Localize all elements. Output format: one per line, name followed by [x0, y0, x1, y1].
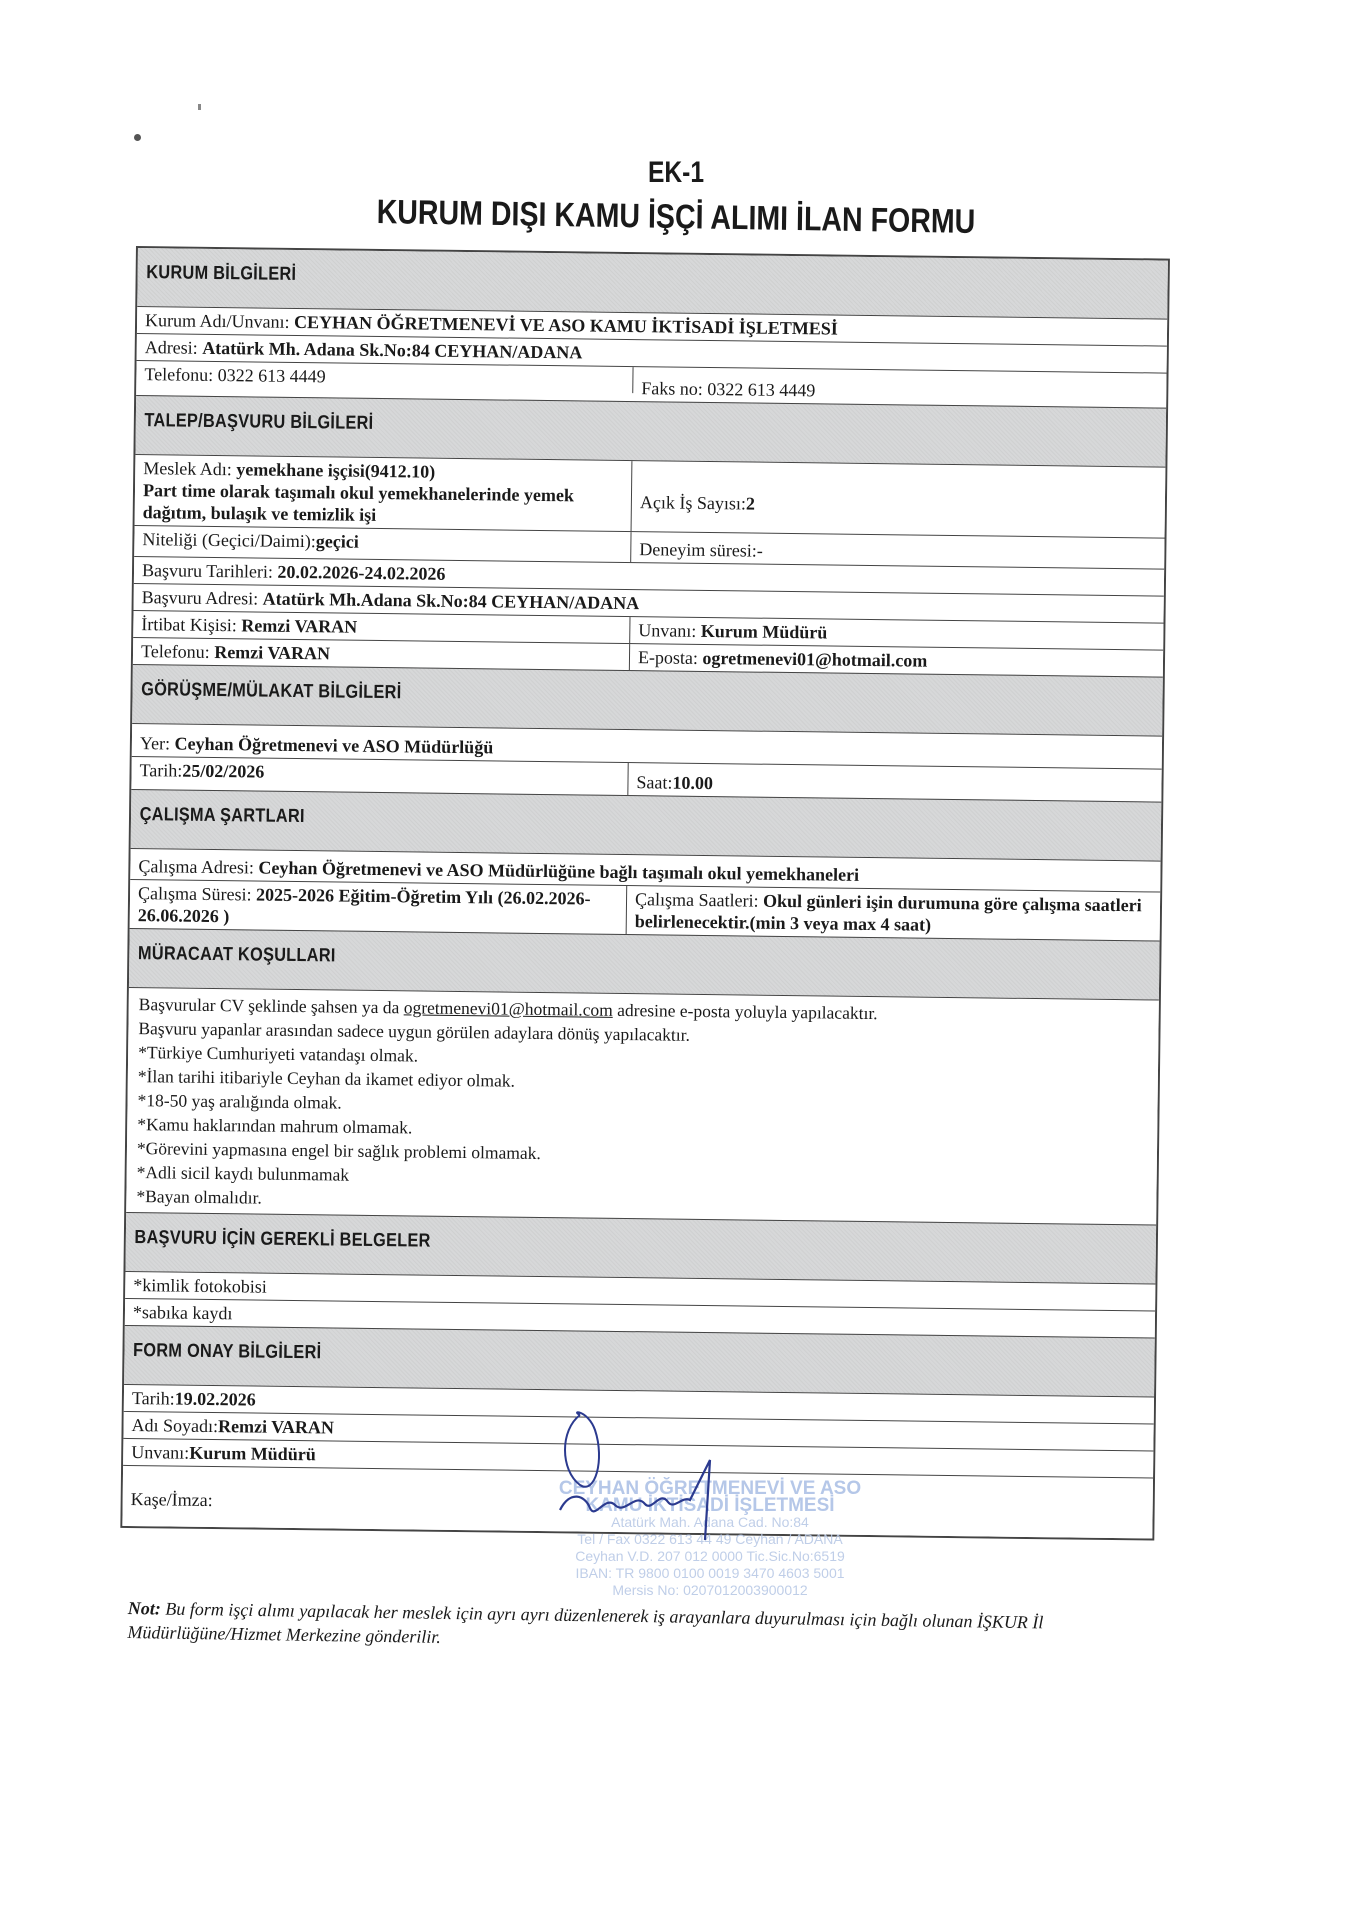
field-label: Tarih:: [132, 1388, 175, 1409]
field-label: Unvanı:: [638, 620, 701, 641]
interview-date: 25/02/2026: [182, 761, 264, 782]
institution-phone: 0322 613 4449: [218, 365, 326, 386]
field-label: İrtibat Kişisi:: [141, 614, 241, 635]
contact-title: Kurum Müdürü: [701, 621, 828, 643]
annex-label: EK-1: [122, 156, 1231, 190]
scan-speck: [198, 104, 201, 110]
open-jobs-count: 2: [746, 493, 755, 513]
field-label: Adı Soyadı:: [131, 1415, 218, 1436]
field-label: Unvanı:: [131, 1442, 189, 1463]
occupation-description: Part time olarak taşımalı okul yemekhane…: [143, 480, 574, 525]
intro-text: Başvurular CV şeklinde şahsen ya da: [139, 994, 404, 1017]
field-label: Başvuru Tarihleri:: [142, 560, 278, 582]
page-title: KURUM DIŞI KAMU İŞÇİ ALIMI İLAN FORMU: [108, 189, 1244, 247]
approver-name: Remzi VARAN: [218, 1416, 334, 1437]
section-heading: KURUM BİLGİLERİ: [138, 248, 1024, 295]
note-label: Not:: [128, 1598, 161, 1619]
application-dates: 20.02.2026-24.02.2026: [277, 562, 445, 584]
conditions-email-link[interactable]: ogretmenevi01@hotmail.com: [404, 997, 613, 1020]
field-label: Saat:: [636, 772, 672, 792]
contact-phone: Remzi VARAN: [214, 642, 330, 663]
field-label: Açık İş Sayısı:: [640, 492, 746, 513]
field-label: Çalışma Adresi:: [138, 856, 258, 877]
field-label: Niteliği (Geçici/Daimi):: [142, 529, 316, 551]
stamp-line: Mersis No: 0207012003900012: [540, 1582, 880, 1599]
approval-date: 19.02.2026: [175, 1389, 256, 1410]
institution-name: CEYHAN ÖĞRETMENEVİ VE ASO KAMU İKTİSADİ …: [294, 312, 838, 339]
footnote: Not: Bu form işçi alımı yapılacak her me…: [127, 1596, 1138, 1660]
field-label: Meslek Adı:: [143, 458, 236, 479]
field-label: Faks no:: [641, 378, 707, 399]
institution-fax: 0322 613 4449: [707, 379, 815, 400]
field-label: Çalışma Saatleri:: [635, 889, 763, 911]
field-label: Yer:: [140, 733, 175, 753]
field-label: Tarih:: [139, 760, 182, 781]
field-label: Deneyim süresi:: [639, 539, 757, 560]
occupation-name: yemekhane işçisi(9412.10): [236, 459, 435, 481]
interview-time: 10.00: [672, 773, 713, 793]
field-label: Başvuru Adresi:: [142, 587, 263, 608]
institution-address: Atatürk Mh. Adana Sk.No:84 CEYHAN/ADANA: [202, 338, 582, 363]
field-label: Telefonu:: [144, 364, 217, 385]
form-table: KURUM BİLGİLERİ Kurum Adı/Unvanı: CEYHAN…: [120, 246, 1166, 1540]
field-label: Çalışma Süresi:: [138, 883, 256, 904]
intro-text: adresine e-posta yoluyla yapılacaktır.: [613, 1000, 878, 1023]
application-conditions: Başvurular CV şeklinde şahsen ya da ogre…: [126, 988, 888, 1221]
stamp-line: IBAN: TR 9800 0100 0019 3470 4603 5001: [540, 1565, 880, 1582]
experience-duration: -: [757, 541, 763, 561]
field-label: Telefonu:: [141, 641, 214, 662]
work-address: Ceyhan Öğretmenevi ve ASO Müdürlüğüne ba…: [258, 858, 859, 885]
field-label: Kurum Adı/Unvanı:: [145, 310, 294, 332]
application-address: Atatürk Mh.Adana Sk.No:84 CEYHAN/ADANA: [263, 589, 640, 614]
field-label: E-posta:: [638, 647, 703, 668]
job-nature: geçici: [316, 531, 359, 552]
field-label: Adresi:: [145, 337, 203, 358]
scan-speck: [134, 134, 141, 141]
stamp-line: Ceyhan V.D. 207 012 0000 Tic.Sic.No:6519: [540, 1548, 880, 1565]
contact-person: Remzi VARAN: [241, 615, 357, 636]
signature-icon: [540, 1400, 760, 1540]
approver-title: Kurum Müdürü: [189, 1443, 316, 1465]
note-text: Bu form işçi alımı yapılacak her meslek …: [127, 1599, 1043, 1647]
contact-email[interactable]: ogretmenevi01@hotmail.com: [702, 648, 927, 671]
interview-place: Ceyhan Öğretmenevi ve ASO Müdürlüğü: [174, 734, 493, 758]
